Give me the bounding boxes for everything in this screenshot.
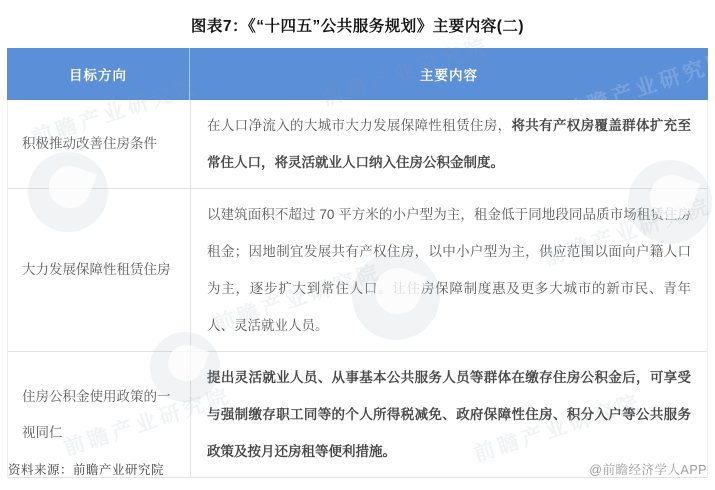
direction-cell: 积极推动改善住房条件 — [8, 100, 191, 188]
table-row: 积极推动改善住房条件在人口净流入的大城市大力发展保障性租赁住房，将共有产权房覆盖… — [8, 100, 707, 189]
content-cell: 提出灵活就业人员、从事基本公共服务人员等群体在缴存住房公积金后，可享受与强制缴存… — [191, 352, 707, 477]
table-header-direction: 目标方向 — [7, 48, 190, 100]
footer: 资料来源：前瞻产业研究院 @前瞻经济学人APP — [8, 460, 707, 478]
source-note: 资料来源：前瞻产业研究院 — [8, 460, 164, 478]
table-body: 积极推动改善住房条件在人口净流入的大城市大力发展保障性租赁住房，将共有产权房覆盖… — [7, 100, 708, 478]
report-figure-page: 图表7：《“十四五”公共服务规划》主要内容(二) 目标方向 主要内容 积极推动改… — [0, 0, 715, 490]
table-header-content: 主要内容 — [190, 48, 708, 100]
figure-title: 图表7：《“十四五”公共服务规划》主要内容(二) — [0, 0, 715, 36]
content-cell: 在人口净流入的大城市大力发展保障性租赁住房，将共有产权房覆盖群体扩充至常住人口，… — [191, 100, 707, 188]
content-segment: 在人口净流入的大城市大力发展保障性租赁住房， — [207, 118, 511, 133]
content-bold-segment: 提出灵活就业人员、从事基本公共服务人员等群体在缴存住房公积金后，可享受与强制缴存… — [207, 370, 691, 459]
content-cell: 以建筑面积不超过 70 平方米的小户型为主，租金低于同地段同品质市场租赁住房租金… — [191, 189, 707, 351]
table-row: 大力发展保障性租赁住房以建筑面积不超过 70 平方米的小户型为主，租金低于同地段… — [8, 189, 707, 352]
direction-cell: 大力发展保障性租赁住房 — [8, 189, 191, 351]
direction-cell: 住房公积金使用政策的一视同仁 — [8, 352, 191, 477]
app-credit: @前瞻经济学人APP — [589, 460, 707, 478]
table-header-row: 目标方向 主要内容 — [7, 48, 708, 100]
content-table: 目标方向 主要内容 积极推动改善住房条件在人口净流入的大城市大力发展保障性租赁住… — [7, 48, 708, 478]
content-segment: 以建筑面积不超过 70 平方米的小户型为主，租金低于同地段同品质市场租赁住房租金… — [207, 207, 691, 333]
